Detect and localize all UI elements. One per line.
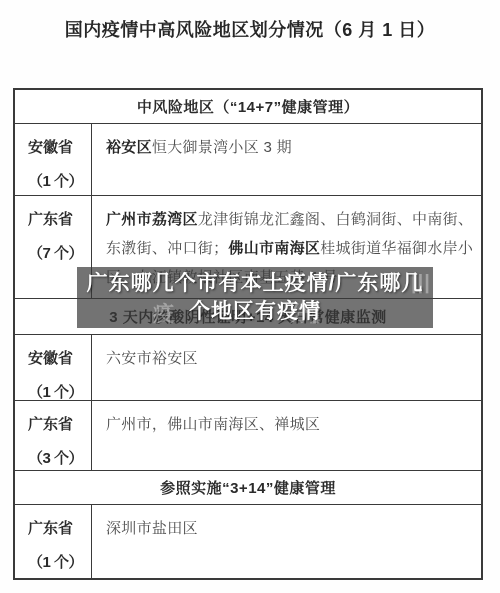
page-title: 国内疫情中高风险地区划分情况（6 月 1 日）: [0, 16, 500, 42]
section-header-medium-risk: 中风险地区（“14+7”健康管理）: [15, 90, 481, 124]
province-count: （1 个）: [28, 381, 91, 402]
area-bold-prefix: 裕安区: [106, 139, 152, 156]
province-name: 广东省: [28, 413, 91, 434]
subtitle-line1: 广东哪几个市有本土疫情/广东哪几: [77, 270, 433, 298]
area-cell: 深圳市盐田区: [92, 505, 481, 578]
table-row: 安徽省 （1 个） 六安市裕安区: [15, 335, 481, 401]
subtitle-overlay: 广东哪几个市有本土疫情/广东哪几 个地区有疫情 ||| 疫 分】: [77, 267, 433, 328]
area-cell: 裕安区恒大御景湾小区 3 期: [92, 124, 481, 195]
province-cell: 安徽省 （1 个）: [15, 335, 92, 400]
province-name: 安徽省: [28, 136, 91, 157]
province-count: （1 个）: [28, 170, 91, 191]
table-row: 安徽省 （1 个） 裕安区恒大御景湾小区 3 期: [15, 124, 481, 196]
document-page: 国内疫情中高风险地区划分情况（6 月 1 日） 中风险地区（“14+7”健康管理…: [0, 0, 500, 593]
subtitle-line2: 个地区有疫情: [77, 298, 433, 326]
risk-area-table: 中风险地区（“14+7”健康管理） 安徽省 （1 个） 裕安区恒大御景湾小区 3…: [13, 88, 483, 580]
area-bold-prefix: 广州市荔湾区: [106, 211, 198, 228]
table-row: 广东省 （1 个） 深圳市盐田区: [15, 505, 481, 578]
area-text: 六安市裕安区: [106, 350, 198, 367]
area-bold-prefix: 佛山市南海区: [228, 240, 320, 257]
province-name: 广东省: [28, 517, 91, 538]
province-name: 安徽省: [28, 347, 91, 368]
area-text: 广州市，佛山市南海区、禅城区: [106, 416, 320, 433]
area-text: 深圳市盐田区: [106, 520, 198, 537]
province-cell: 广东省 （1 个）: [15, 505, 92, 578]
province-name: 广东省: [28, 208, 91, 229]
province-count: （3 个）: [28, 447, 91, 468]
province-count: （7 个）: [28, 242, 91, 263]
area-text: 恒大御景湾小区 3 期: [152, 139, 292, 156]
section-header-reference-3-14: 参照实施“3+14”健康管理: [15, 471, 481, 505]
area-cell: 广州市，佛山市南海区、禅城区: [92, 401, 481, 470]
province-cell: 广东省 （3 个）: [15, 401, 92, 470]
table-row: 广东省 （3 个） 广州市，佛山市南海区、禅城区: [15, 401, 481, 471]
area-cell: 六安市裕安区: [92, 335, 481, 400]
province-cell: 安徽省 （1 个）: [15, 124, 92, 195]
province-count: （1 个）: [28, 551, 91, 572]
